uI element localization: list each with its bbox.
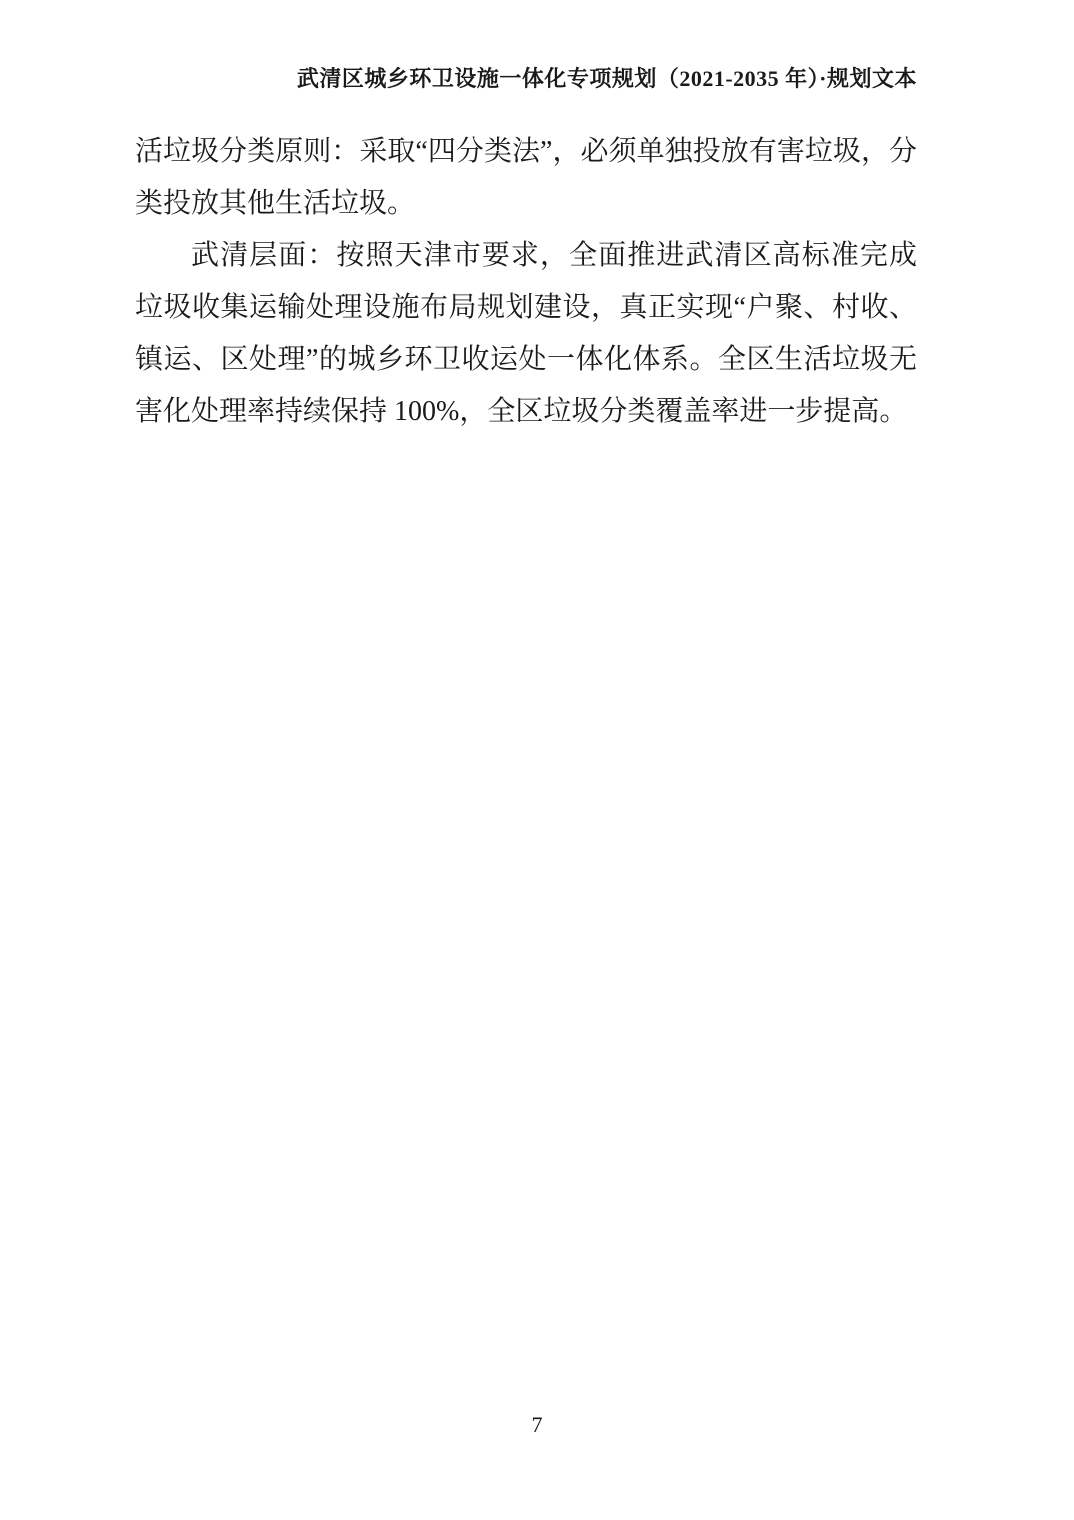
document-header: 武清区城乡环卫设施一体化专项规划（2021-2035 年）·规划文本 xyxy=(135,62,917,93)
page-number: 7 xyxy=(0,1410,1074,1440)
paragraph-continuation: 活垃圾分类原则：采取“四分类法”，必须单独投放有害垃圾，分类投放其他生活垃圾。 xyxy=(135,126,917,230)
document-body: 活垃圾分类原则：采取“四分类法”，必须单独投放有害垃圾，分类投放其他生活垃圾。 … xyxy=(135,126,917,438)
paragraph-wuqing-level: 武清层面：按照天津市要求，全面推进武清区高标准完成垃圾收集运输处理设施布局规划建… xyxy=(135,230,917,438)
document-page: 武清区城乡环卫设施一体化专项规划（2021-2035 年）·规划文本 活垃圾分类… xyxy=(0,0,1074,1520)
